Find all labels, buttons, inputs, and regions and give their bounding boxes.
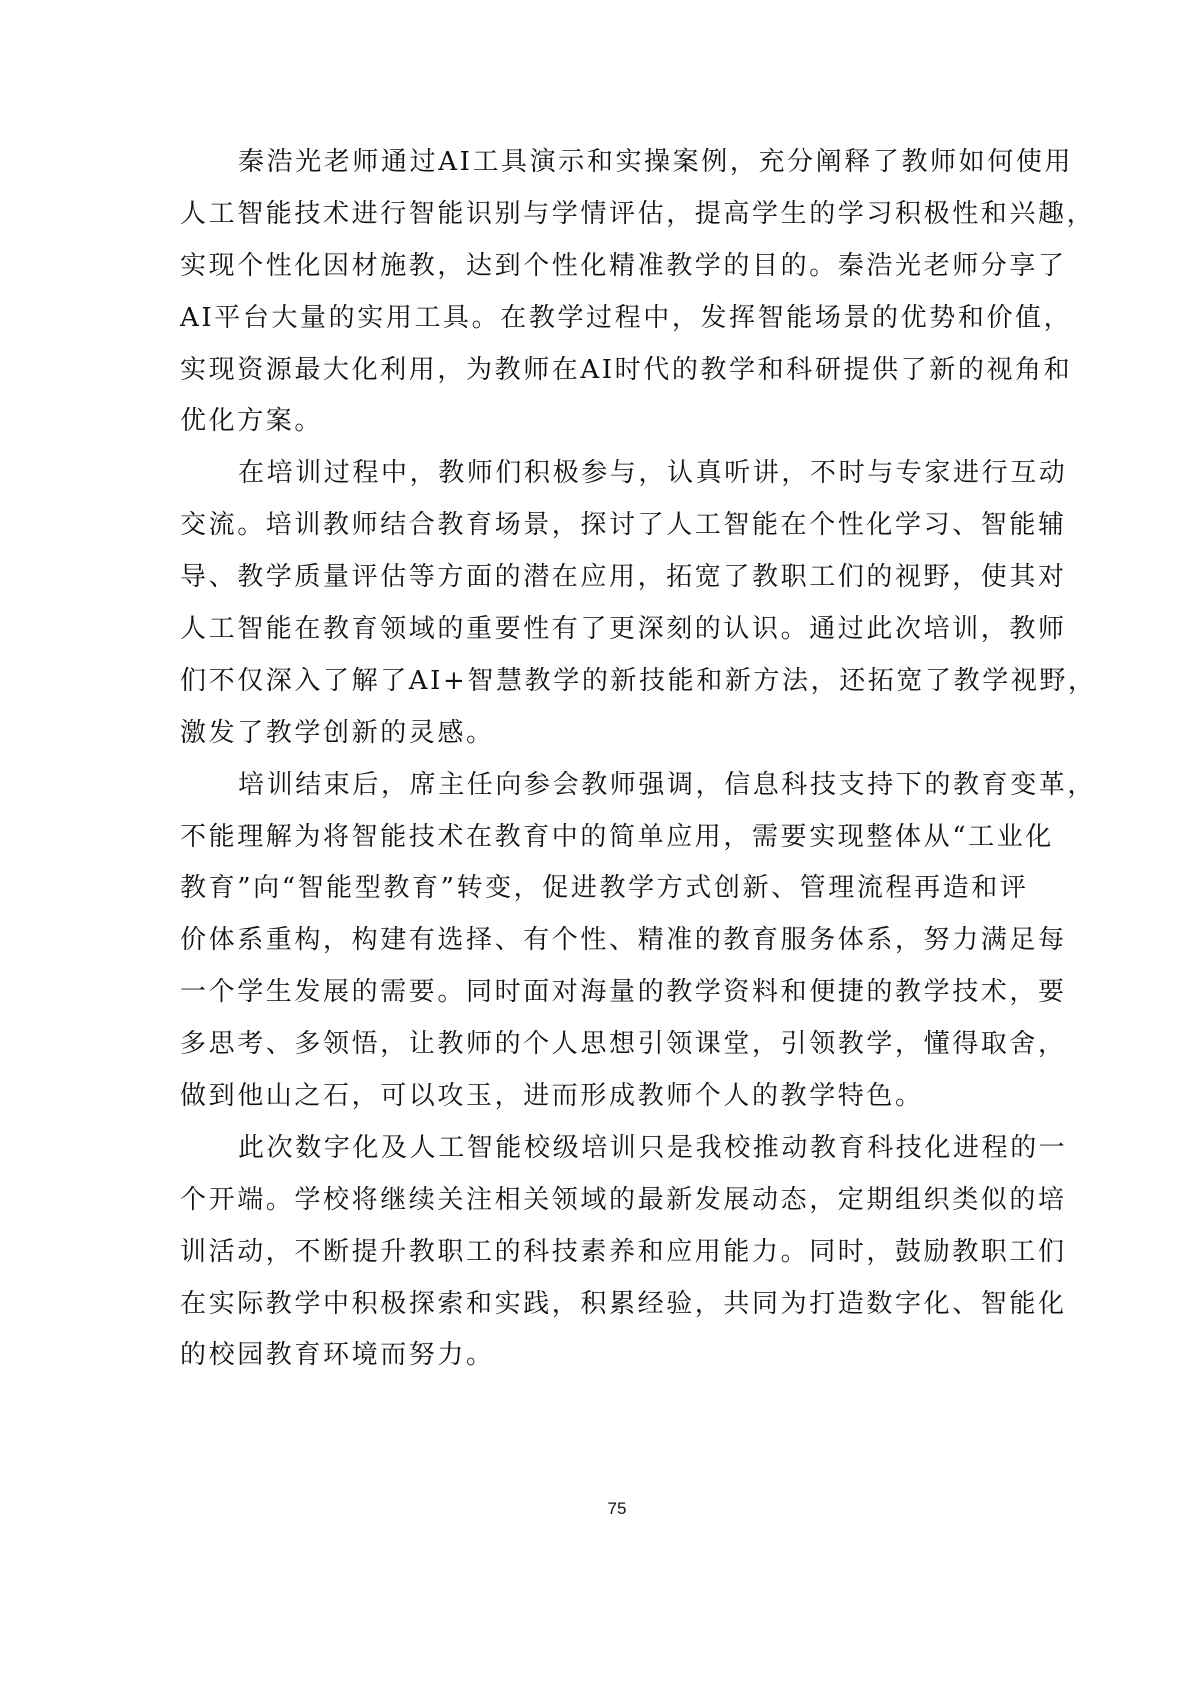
document-page: 秦浩光老师通过AI工具演示和实操案例，充分阐释了教师如何使用 人工智能技术进行智…	[0, 0, 1191, 1684]
paragraph-1-line-5: 实现资源最大化利用，为教师在AI时代的教学和科研提供了新的视角和	[180, 345, 1060, 397]
paragraph-2-line-5: 们不仅深入了解了AI+智慧教学的新技能和新方法，还拓宽了教学视野，	[180, 656, 1060, 708]
paragraph-3-line-4: 价体系重构，构建有选择、有个性、精准的教育服务体系，努力满足每	[180, 915, 1060, 967]
paragraph-1-line-3: 实现个性化因材施教，达到个性化精准教学的目的。秦浩光老师分享了	[180, 241, 1060, 293]
paragraph-2-line-4: 人工智能在教育领域的重要性有了更深刻的认识。通过此次培训，教师	[180, 604, 1060, 656]
paragraph-2-line-3: 导、教学质量评估等方面的潜在应用，拓宽了教职工们的视野，使其对	[180, 552, 1060, 604]
paragraph-3-line-1: 培训结束后，席主任向参会教师强调，信息科技支持下的教育变革，	[180, 760, 1060, 812]
paragraph-3-line-2: 不能理解为将智能技术在教育中的简单应用，需要实现整体从“工业化	[180, 812, 1060, 864]
paragraph-3-line-7: 做到他山之石，可以攻玉，进而形成教师个人的教学特色。	[180, 1071, 1060, 1123]
paragraph-1-line-4: AI平台大量的实用工具。在教学过程中，发挥智能场景的优势和价值，	[180, 293, 1060, 345]
paragraph-2-line-2: 交流。培训教师结合教育场景，探讨了人工智能在个性化学习、智能辅	[180, 500, 1060, 552]
paragraph-2-line-1: 在培训过程中，教师们积极参与，认真听讲，不时与专家进行互动	[180, 448, 1060, 500]
paragraph-1-line-2: 人工智能技术进行智能识别与学情评估，提高学生的学习积极性和兴趣，	[180, 189, 1060, 241]
paragraph-4-line-4: 在实际教学中积极探索和实践，积累经验，共同为打造数字化、智能化	[180, 1279, 1060, 1331]
page-number: 75	[591, 1499, 643, 1519]
body-text: 秦浩光老师通过AI工具演示和实操案例，充分阐释了教师如何使用 人工智能技术进行智…	[180, 137, 1060, 1382]
paragraph-3-line-6: 多思考、多领悟，让教师的个人思想引领课堂，引领教学，懂得取舍，	[180, 1019, 1060, 1071]
paragraph-1-line-1: 秦浩光老师通过AI工具演示和实操案例，充分阐释了教师如何使用	[180, 137, 1060, 189]
paragraph-4-line-5: 的校园教育环境而努力。	[180, 1330, 1060, 1382]
paragraph-4-line-2: 个开端。学校将继续关注相关领域的最新发展动态，定期组织类似的培	[180, 1175, 1060, 1227]
paragraph-4-line-3: 训活动，不断提升教职工的科技素养和应用能力。同时，鼓励教职工们	[180, 1227, 1060, 1279]
paragraph-3-line-5: 一个学生发展的需要。同时面对海量的教学资料和便捷的教学技术，要	[180, 967, 1060, 1019]
paragraph-4-line-1: 此次数字化及人工智能校级培训只是我校推动教育科技化进程的一	[180, 1123, 1060, 1175]
paragraph-3-line-3: 教育”向“智能型教育”转变，促进教学方式创新、管理流程再造和评	[180, 863, 1060, 915]
paragraph-1-line-6: 优化方案。	[180, 396, 1060, 448]
paragraph-2-line-6: 激发了教学创新的灵感。	[180, 708, 1060, 760]
